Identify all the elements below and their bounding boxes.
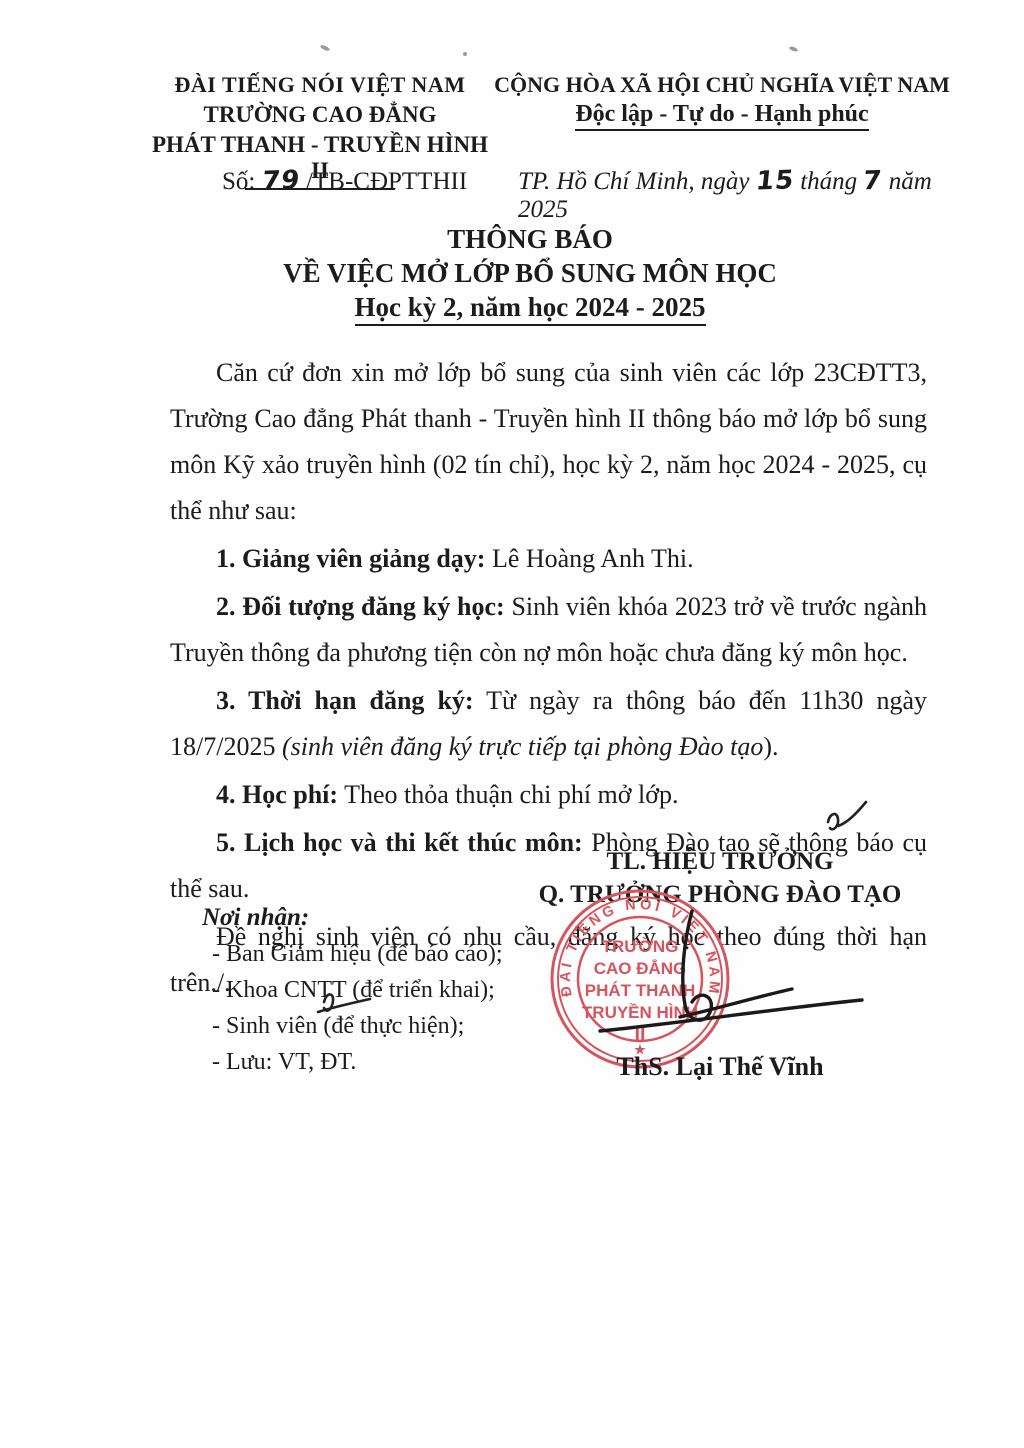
document-title-block: THÔNG BÁO VỀ VIỆC MỞ LỚP BỔ SUNG MÔN HỌC… bbox=[150, 222, 910, 324]
recipients-label: Nơi nhận: bbox=[202, 900, 503, 936]
national-motto: Độc lập - Tự do - Hạnh phúc bbox=[492, 101, 952, 128]
intro-paragraph: Căn cứ đơn xin mở lớp bổ sung của sinh v… bbox=[170, 350, 927, 534]
signature-title-1: TL. HIỆU TRƯỞNG bbox=[520, 845, 920, 878]
scan-speck bbox=[320, 44, 331, 52]
handwritten-initial-mark bbox=[818, 792, 882, 836]
item-2: 2. Đối tượng đăng ký học: Sinh viên khóa… bbox=[170, 584, 927, 676]
title-line-3: Học kỳ 2, năm học 2024 - 2025 bbox=[150, 290, 910, 324]
org-name-line1: TRƯỜNG CAO ĐẲNG bbox=[150, 102, 490, 128]
document-number: Số: 79 /TB-CĐPTTHII bbox=[222, 166, 467, 196]
number-date-row: Số: 79 /TB-CĐPTTHII TP. Hồ Chí Minh, ngà… bbox=[150, 166, 960, 206]
place-date-line: TP. Hồ Chí Minh, ngày 15 tháng 7 năm 202… bbox=[518, 166, 960, 224]
scan-speck bbox=[463, 52, 467, 56]
handwritten-signature bbox=[560, 895, 880, 1045]
scanned-document-page: ĐÀI TIẾNG NÓI VIỆT NAM TRƯỜNG CAO ĐẲNG P… bbox=[0, 0, 1024, 1448]
recipient-item: - Lưu: VT, ĐT. bbox=[212, 1044, 503, 1080]
item-1: 1. Giảng viên giảng dạy: Lê Hoàng Anh Th… bbox=[170, 536, 927, 582]
item-4: 4. Học phí: Theo thỏa thuận chi phí mở l… bbox=[170, 772, 927, 818]
handwritten-month: 7 bbox=[862, 166, 884, 197]
national-title: CỘNG HÒA XÃ HỘI CHỦ NGHĨA VIỆT NAM bbox=[492, 72, 952, 98]
national-header-block: CỘNG HÒA XÃ HỘI CHỦ NGHĨA VIỆT NAM Độc l… bbox=[492, 72, 952, 128]
org-parent-name: ĐÀI TIẾNG NÓI VIỆT NAM bbox=[150, 72, 490, 98]
signer-name: ThS. Lại Thế Vĩnh bbox=[520, 1052, 920, 1082]
title-line-2: VỀ VIỆC MỞ LỚP BỔ SUNG MÔN HỌC bbox=[150, 256, 910, 290]
handwritten-day: 15 bbox=[754, 165, 796, 196]
recipient-item: - Ban Giám hiệu (để báo cáo); bbox=[212, 936, 503, 972]
title-line-1: THÔNG BÁO bbox=[150, 222, 910, 256]
item-3: 3. Thời hạn đăng ký: Từ ngày ra thông bá… bbox=[170, 678, 927, 770]
scan-speck bbox=[789, 46, 799, 53]
handwritten-initial-mark bbox=[310, 980, 380, 1024]
handwritten-number: 79 bbox=[260, 165, 302, 196]
